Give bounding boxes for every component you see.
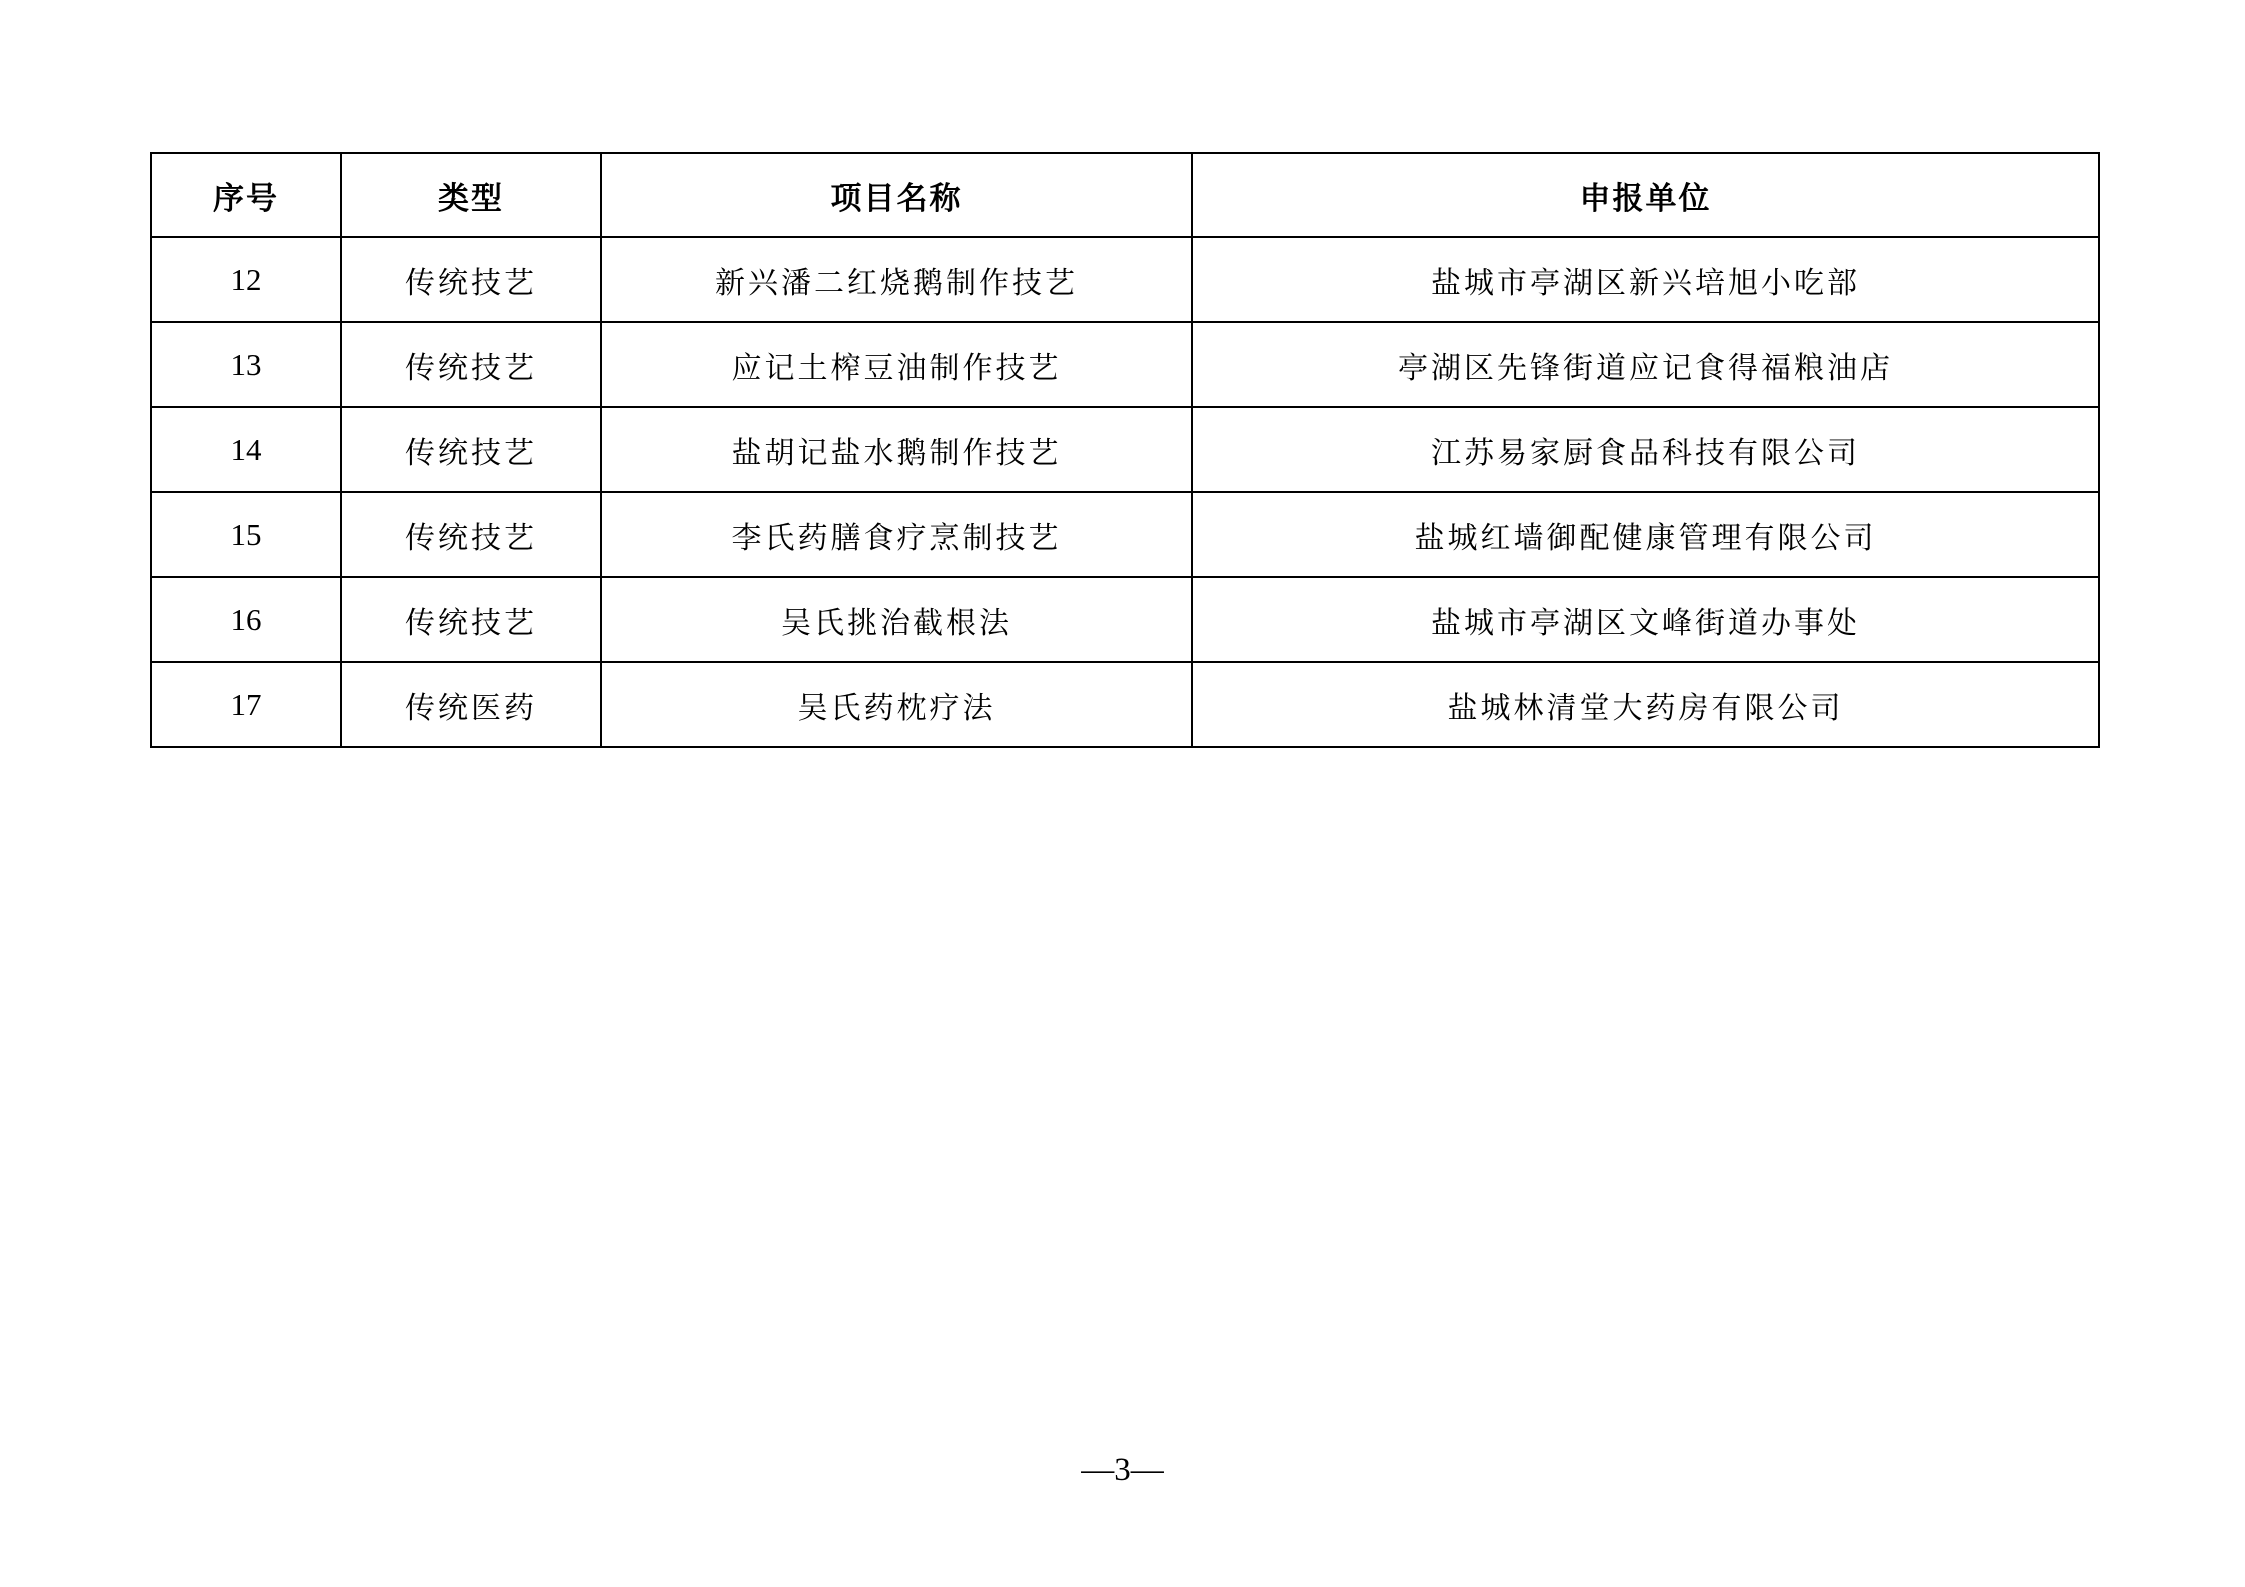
header-serial-number: 序号 xyxy=(151,153,341,237)
header-type: 类型 xyxy=(341,153,601,237)
table-body: 12传统技艺新兴潘二红烧鹅制作技艺盐城市亭湖区新兴培旭小吃部13传统技艺应记土榨… xyxy=(151,237,2099,747)
cell-project-name: 吴氏药枕疗法 xyxy=(601,662,1192,747)
table-row: 15传统技艺李氏药膳食疗烹制技艺盐城红墙御配健康管理有限公司 xyxy=(151,492,2099,577)
cell-applicant-unit: 盐城市亭湖区文峰街道办事处 xyxy=(1192,577,2099,662)
cell-type: 传统技艺 xyxy=(341,492,601,577)
cell-project-name: 盐胡记盐水鹅制作技艺 xyxy=(601,407,1192,492)
cell-applicant-unit: 盐城红墙御配健康管理有限公司 xyxy=(1192,492,2099,577)
cell-serial-number: 13 xyxy=(151,322,341,407)
table-header-row: 序号 类型 项目名称 申报单位 xyxy=(151,153,2099,237)
table-row: 13传统技艺应记土榨豆油制作技艺亭湖区先锋街道应记食得福粮油店 xyxy=(151,322,2099,407)
cell-serial-number: 17 xyxy=(151,662,341,747)
cell-applicant-unit: 盐城林清堂大药房有限公司 xyxy=(1192,662,2099,747)
page-number: —3— xyxy=(0,1452,2245,1489)
cell-project-name: 应记土榨豆油制作技艺 xyxy=(601,322,1192,407)
cell-type: 传统医药 xyxy=(341,662,601,747)
table-row: 14传统技艺盐胡记盐水鹅制作技艺江苏易家厨食品科技有限公司 xyxy=(151,407,2099,492)
table-row: 17传统医药吴氏药枕疗法盐城林清堂大药房有限公司 xyxy=(151,662,2099,747)
cell-applicant-unit: 江苏易家厨食品科技有限公司 xyxy=(1192,407,2099,492)
cell-serial-number: 16 xyxy=(151,577,341,662)
cell-serial-number: 15 xyxy=(151,492,341,577)
header-project-name: 项目名称 xyxy=(601,153,1192,237)
cell-type: 传统技艺 xyxy=(341,322,601,407)
document-page: 序号 类型 项目名称 申报单位 12传统技艺新兴潘二红烧鹅制作技艺盐城市亭湖区新… xyxy=(0,0,2245,1587)
cell-type: 传统技艺 xyxy=(341,237,601,322)
cell-type: 传统技艺 xyxy=(341,407,601,492)
cell-applicant-unit: 盐城市亭湖区新兴培旭小吃部 xyxy=(1192,237,2099,322)
cell-applicant-unit: 亭湖区先锋街道应记食得福粮油店 xyxy=(1192,322,2099,407)
project-list-table: 序号 类型 项目名称 申报单位 12传统技艺新兴潘二红烧鹅制作技艺盐城市亭湖区新… xyxy=(150,152,2100,748)
cell-project-name: 李氏药膳食疗烹制技艺 xyxy=(601,492,1192,577)
cell-serial-number: 12 xyxy=(151,237,341,322)
table-row: 16传统技艺吴氏挑治截根法盐城市亭湖区文峰街道办事处 xyxy=(151,577,2099,662)
cell-serial-number: 14 xyxy=(151,407,341,492)
cell-project-name: 吴氏挑治截根法 xyxy=(601,577,1192,662)
table-row: 12传统技艺新兴潘二红烧鹅制作技艺盐城市亭湖区新兴培旭小吃部 xyxy=(151,237,2099,322)
header-applicant-unit: 申报单位 xyxy=(1192,153,2099,237)
cell-project-name: 新兴潘二红烧鹅制作技艺 xyxy=(601,237,1192,322)
cell-type: 传统技艺 xyxy=(341,577,601,662)
